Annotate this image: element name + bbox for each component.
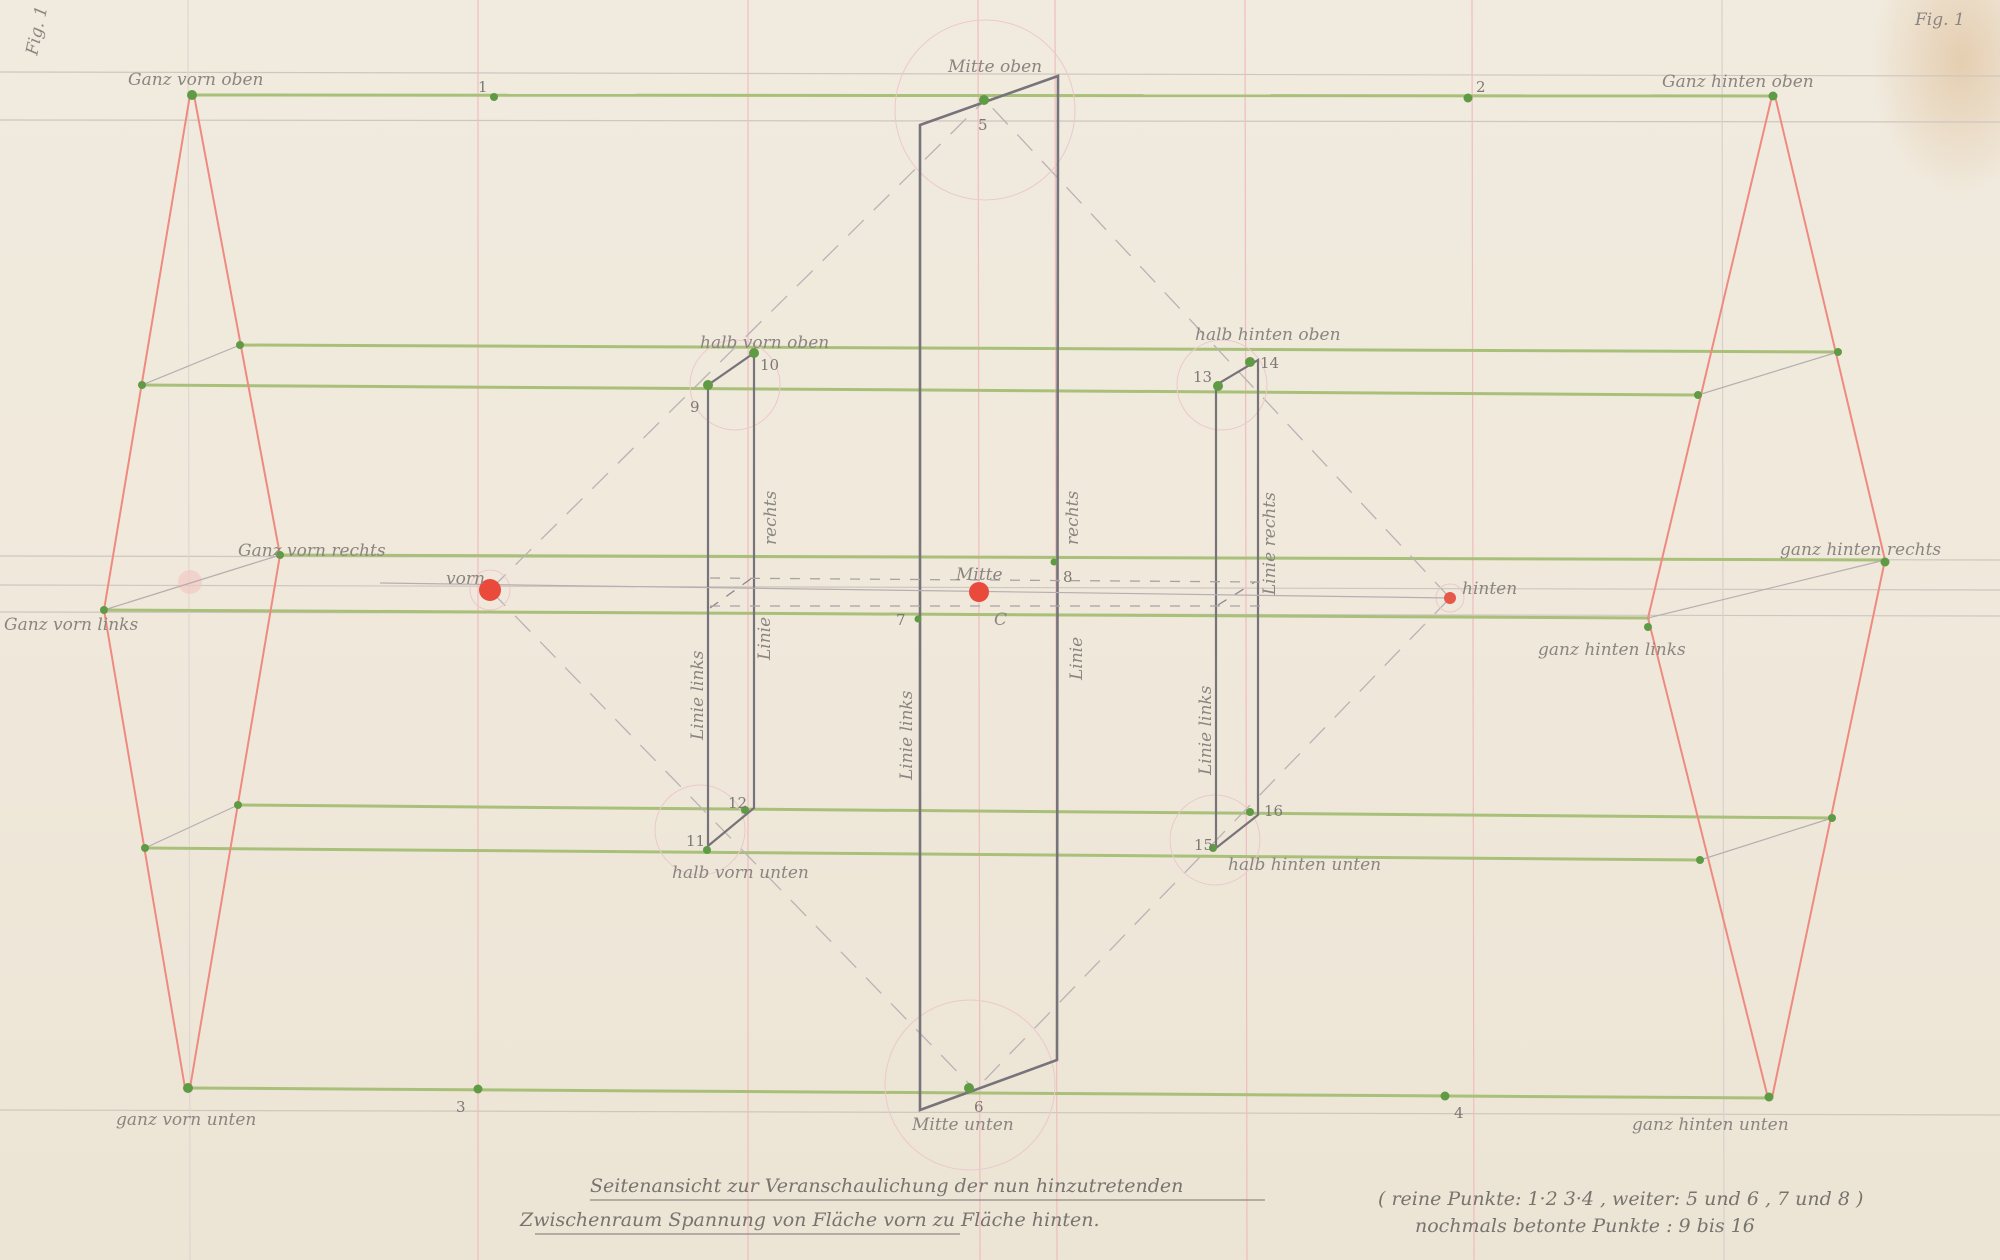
- corner-label-right: Fig. 1: [1914, 10, 1965, 30]
- faint-red-spot: [178, 570, 202, 594]
- note-line-2: nochmals betonte Punkte : 9 bis 16: [1415, 1215, 1755, 1237]
- label-halb-hinten-oben: halb hinten oben: [1195, 325, 1341, 345]
- mitte-plane: [920, 76, 1058, 1110]
- caption: Seitenansicht zur Veranschaulichung der …: [519, 1175, 1863, 1237]
- point-numbers: 1 2 3 4 5 6 7 8 9 10 11 12 13 14 15 16: [456, 78, 1486, 1122]
- perspective-diagram: Fig. 1 Fig. 1 Ganz vorn oben Ganz hinten…: [0, 0, 2000, 1260]
- num-12: 12: [728, 794, 747, 812]
- label-linie-mitte: Linie: [1067, 637, 1087, 681]
- label-ganz-vorn-links: Ganz vorn links: [4, 615, 138, 635]
- label-linie-links-vorn: Linie links: [688, 650, 708, 741]
- label-mitte-oben: Mitte oben: [947, 57, 1042, 77]
- label-ganz-hinten-rechts: ganz hinten rechts: [1780, 540, 1941, 560]
- labels: Fig. 1 Fig. 1 Ganz vorn oben Ganz hinten…: [4, 4, 1965, 1135]
- note-line-1: ( reine Punkte: 1·2 3·4 , weiter: 5 und …: [1378, 1188, 1863, 1210]
- label-ganz-vorn-unten: ganz vorn unten: [116, 1110, 256, 1130]
- halb-hinten-plane: [1216, 360, 1258, 848]
- label-vorn: vorn: [446, 569, 485, 589]
- mitte-point: [969, 582, 989, 602]
- construction-circles: [470, 20, 1464, 1170]
- label-ganz-hinten-links: ganz hinten links: [1538, 640, 1686, 660]
- num-10: 10: [760, 356, 779, 374]
- label-ganz-hinten-unten: ganz hinten unten: [1632, 1115, 1789, 1135]
- label-halb-vorn-oben: halb vorn oben: [700, 333, 829, 353]
- num-2: 2: [1476, 78, 1486, 96]
- hinten-point: [1444, 592, 1456, 604]
- num-1: 1: [478, 78, 488, 96]
- label-linie-rechts-hinten: Linie rechts: [1260, 492, 1280, 596]
- label-hinten: hinten: [1462, 579, 1517, 599]
- caption-line-1: Seitenansicht zur Veranschaulichung der …: [590, 1175, 1183, 1197]
- num-9: 9: [690, 398, 700, 416]
- label-ganz-hinten-oben: Ganz hinten oben: [1662, 72, 1814, 92]
- label-rechts-mitte: rechts: [1063, 491, 1083, 545]
- label-linie-vorn: Linie: [755, 617, 775, 661]
- label-rechts-vorn: rechts: [761, 491, 781, 545]
- num-13: 13: [1193, 368, 1212, 386]
- num-7: 7: [896, 611, 906, 629]
- pencil-grid: [0, 0, 2000, 1260]
- center-dashed-lines: [380, 578, 1450, 606]
- drawing-sheet: Fig. 1 Fig. 1 Ganz vorn oben Ganz hinten…: [0, 0, 2000, 1260]
- num-11: 11: [686, 832, 705, 850]
- label-linie-links-hinten: Linie links: [1196, 685, 1216, 776]
- diamond-connectors: [104, 345, 1885, 860]
- green-guide-lines: [104, 95, 1885, 1098]
- num-16: 16: [1264, 802, 1283, 820]
- num-3: 3: [456, 1098, 466, 1116]
- green-points: [100, 90, 1890, 1102]
- label-mitte: Mitte: [955, 565, 1003, 585]
- corner-label-left: Fig. 1: [22, 4, 52, 58]
- caption-line-2: Zwischenraum Spannung von Fläche vorn zu…: [519, 1209, 1099, 1231]
- label-halb-vorn-unten: halb vorn unten: [672, 863, 809, 883]
- red-diamond-right: [1648, 96, 1885, 1098]
- halb-vorn-plane: [708, 353, 754, 846]
- label-mitte-unten: Mitte unten: [911, 1115, 1014, 1135]
- num-4: 4: [1454, 1104, 1464, 1122]
- num-15: 15: [1194, 836, 1213, 854]
- num-6: 6: [974, 1098, 984, 1116]
- label-c-mark: C: [994, 610, 1007, 630]
- label-ganz-vorn-oben: Ganz vorn oben: [128, 70, 263, 90]
- label-linie-links-mitte: Linie links: [897, 690, 917, 781]
- label-ganz-vorn-rechts: Ganz vorn rechts: [238, 541, 386, 561]
- num-8: 8: [1063, 568, 1073, 586]
- num-14: 14: [1260, 354, 1279, 372]
- label-halb-hinten-unten: halb hinten unten: [1228, 855, 1381, 875]
- num-5: 5: [978, 116, 988, 134]
